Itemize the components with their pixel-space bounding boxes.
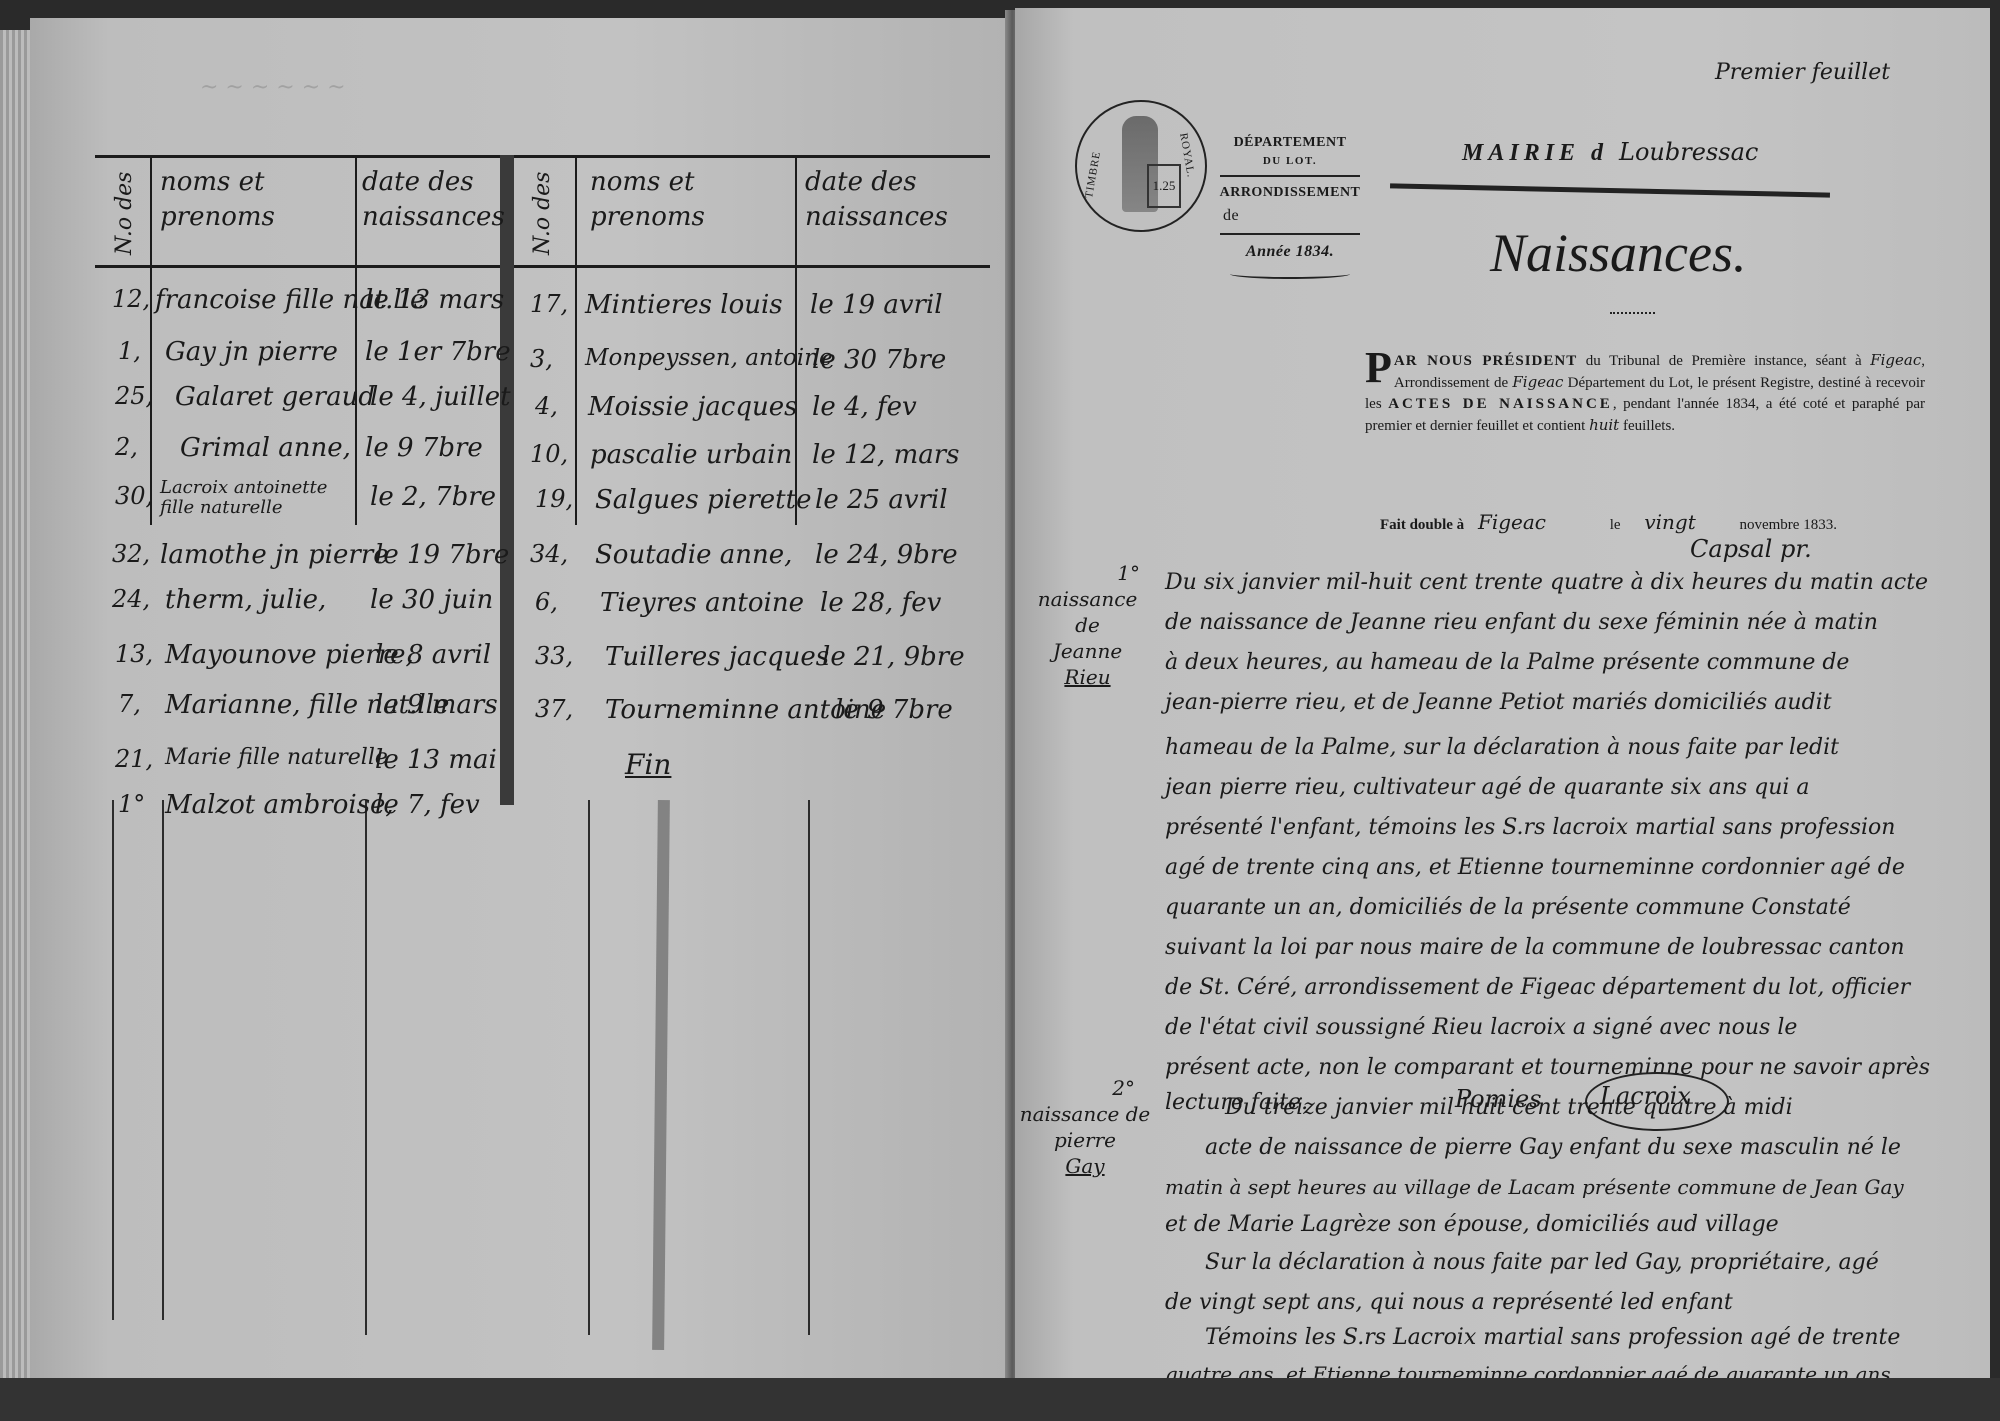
entry-number: 32,: [112, 540, 150, 568]
drop-cap: P: [1365, 350, 1392, 386]
entry-number: 1°: [118, 790, 145, 818]
entry-number: 33,: [535, 642, 573, 670]
col-rule: [575, 155, 577, 525]
entry-number: 3,: [530, 345, 553, 373]
entry-number: 17,: [530, 290, 568, 318]
entry-name: Gay jn pierre: [165, 337, 338, 367]
title-ornament: [1610, 308, 1655, 314]
register-book: ~ ~ ~ ~ ~ ~ N.o des noms et prenoms date…: [0, 0, 2000, 1421]
col-rule: [112, 800, 114, 1320]
entry-date: le 12, mars: [812, 440, 960, 470]
seat-field: Figeac: [1870, 351, 1921, 369]
header-name-2: noms et prenoms: [590, 165, 790, 235]
arrondissement-label: ARRONDISSEMENT: [1215, 185, 1365, 201]
col-rule: [150, 155, 152, 525]
entry-date: le 4, juillet: [370, 382, 511, 412]
entry-number: 19,: [535, 485, 573, 513]
entry-date: le 25 avril: [815, 485, 948, 515]
entry-date: le 21, 9bre: [822, 642, 965, 672]
entry-date: le 2, 7bre: [370, 482, 496, 512]
entry-name: Moissie jacques: [588, 392, 798, 422]
department-block: DÉPARTEMENT DU LOT. ARRONDISSEMENT de An…: [1215, 135, 1365, 279]
entry-name: pascalie urbain: [590, 440, 792, 470]
table-header-rule: [95, 265, 990, 268]
header-date-2: date des naissances: [805, 165, 985, 235]
fait-place: Figeac: [1478, 510, 1546, 534]
mairie-heading: MAIRIE d Loubressac: [1462, 138, 1758, 167]
entry-number: 10,: [530, 440, 568, 468]
end-mark: Fin: [625, 748, 671, 781]
entry-name: Soutadie anne,: [595, 540, 792, 570]
entry-date: le 19 avril: [810, 290, 943, 320]
entry-name: Malzot ambroise,: [165, 790, 394, 820]
entry-number: 34,: [530, 540, 568, 568]
preamble-paragraph: PAR NOUS PRÉSIDENT du Tribunal de Premiè…: [1365, 350, 1925, 437]
entry-name: Salgues pierette: [595, 485, 811, 515]
entry-date: le 30 7bre: [812, 345, 946, 375]
entry-name: Monpeyssen, antoine: [585, 345, 833, 371]
page-title: Naissances.: [1490, 222, 1747, 284]
header-date-1: date des naissances: [362, 165, 502, 235]
entry-number: 2,: [115, 433, 138, 461]
entry-name: Grimal anne,: [180, 433, 351, 463]
col-rule: [588, 800, 590, 1335]
table-top-rule: [95, 155, 990, 158]
entry-name: Mintieres louis: [585, 290, 783, 320]
year-label: Année: [1246, 243, 1291, 260]
folio-note: Premier feuillet: [1715, 60, 1890, 85]
entry-name: Galaret geraud: [175, 382, 375, 412]
col-rule: [162, 800, 164, 1320]
president-signature: Capsal pr.: [1690, 535, 1812, 563]
entry-number: 30,: [115, 482, 153, 510]
entry-date: le 9 7bre: [365, 433, 483, 463]
header-name-1: noms et prenoms: [160, 165, 350, 235]
divider-bar: [500, 155, 514, 805]
year-value: 1834.: [1296, 243, 1335, 260]
bleed-through-text: ~ ~ ~ ~ ~ ~: [200, 75, 346, 100]
entry-date: le 9 mars: [375, 690, 498, 720]
entry-name: Tieyres antoine: [600, 588, 804, 618]
col-rule: [365, 800, 367, 1335]
entry-date: le 13 mai: [375, 745, 497, 775]
arrondissement-field: Figeac: [1512, 373, 1563, 391]
entry-date: le 13 mars: [365, 285, 504, 315]
entry-number: 13,: [115, 640, 153, 668]
entry-number: 1,: [118, 337, 141, 365]
stamp-value: 1.25: [1147, 164, 1181, 208]
entry-date: le 9 7bre: [835, 695, 953, 725]
col-rule: [808, 800, 810, 1335]
entry-date: le 30 juin: [370, 585, 493, 615]
entry-date: le 28, fev: [820, 588, 941, 618]
entry-number: 12,: [112, 285, 150, 313]
header-number-2: N.o des: [530, 172, 555, 255]
stamp-text-left: TIMBRE: [1083, 150, 1103, 199]
arrondissement-de: de: [1215, 207, 1365, 225]
col-rule: [355, 155, 357, 525]
header-number-1: N.o des: [112, 172, 137, 255]
mairie-label: MAIRIE d: [1462, 140, 1608, 166]
mairie-place: Loubressac: [1619, 138, 1758, 166]
act-1-margin: 1° naissance de Jeanne Rieu: [1025, 560, 1150, 690]
col-rule: [795, 155, 797, 525]
entry-date: le 7, fev: [375, 790, 480, 820]
book-cover-edge: [0, 1378, 2000, 1421]
fait-double-line: Fait double à Figeac le vingt novembre 1…: [1380, 510, 1837, 534]
entry-number: 24,: [112, 585, 150, 613]
entry-date: le 8 avril: [375, 640, 491, 670]
entry-number: 7,: [118, 690, 141, 718]
entry-number: 25,: [115, 382, 153, 410]
entry-date: le 4, fev: [812, 392, 917, 422]
entry-number: 37,: [535, 695, 573, 723]
entry-name: therm, julie,: [165, 585, 326, 615]
entry-name: lamothe jn pierre: [160, 540, 389, 570]
act-2-margin: 2° naissance de pierre Gay: [1015, 1075, 1155, 1179]
entry-date: le 24, 9bre: [815, 540, 958, 570]
department-label: DÉPARTEMENT: [1215, 135, 1365, 151]
entry-date: le 19 7bre: [375, 540, 509, 570]
fait-day: vingt: [1644, 510, 1695, 534]
leaf-count-field: huit: [1589, 416, 1619, 434]
entry-date: le 1er 7bre: [365, 337, 511, 367]
entry-name: Marie fille naturelle: [165, 745, 388, 770]
entry-number: 21,: [115, 745, 153, 773]
entry-number: 4,: [535, 392, 558, 420]
entry-name: Tuilleres jacques: [605, 642, 829, 672]
department-name: DU LOT.: [1215, 155, 1365, 167]
entry-number: 6,: [535, 588, 558, 616]
royal-stamp-icon: 1.25 TIMBRE ROYAL.: [1075, 100, 1207, 232]
brace-ornament: [1230, 269, 1350, 279]
entry-name: Lacroix antoinette fille naturelle: [160, 478, 350, 518]
